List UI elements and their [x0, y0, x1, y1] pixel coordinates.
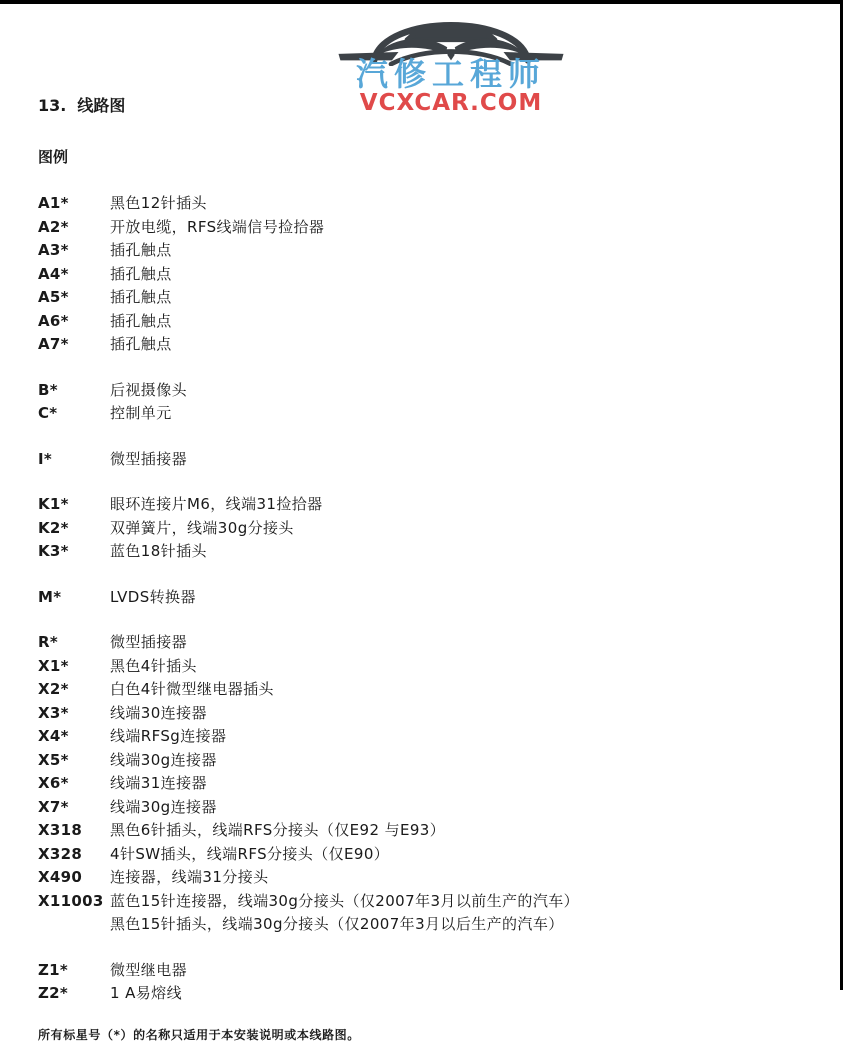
- legend-desc: LVDS转换器: [110, 586, 803, 610]
- legend-desc: 双弹簧片，线端30g分接头: [110, 517, 803, 541]
- legend-desc: 蓝色18针插头: [110, 540, 803, 564]
- legend-desc-line: LVDS转换器: [110, 586, 803, 610]
- legend-row: X318黑色6针插头，线端RFS分接头（仅E92 与E93）: [38, 819, 803, 843]
- legend-term: X490: [38, 866, 110, 890]
- legend-desc-line: 4针SW插头，线端RFS分接头（仅E90）: [110, 843, 803, 867]
- legend-desc-line: 线端31连接器: [110, 772, 803, 796]
- legend-row: K1*眼环连接片M6，线端31捡拾器: [38, 493, 803, 517]
- legend-desc: 眼环连接片M6，线端31捡拾器: [110, 493, 803, 517]
- legend-term: I*: [38, 448, 110, 472]
- legend-term: A6*: [38, 310, 110, 334]
- legend-desc: 插孔触点: [110, 263, 803, 287]
- legend-row: R*微型插接器: [38, 631, 803, 655]
- legend-row: X6*线端31连接器: [38, 772, 803, 796]
- legend-desc-line: 微型继电器: [110, 959, 803, 983]
- legend-row: I*微型插接器: [38, 448, 803, 472]
- legend-desc: 黑色4针插头: [110, 655, 803, 679]
- legend-term: Z1*: [38, 959, 110, 983]
- legend-row: A5*插孔触点: [38, 286, 803, 310]
- legend-desc: 微型插接器: [110, 631, 803, 655]
- legend-group: R*微型插接器X1*黑色4针插头X2*白色4针微型继电器插头X3*线端30连接器…: [38, 631, 803, 937]
- legend-desc-line: 黑色4针插头: [110, 655, 803, 679]
- legend-term: X4*: [38, 725, 110, 749]
- legend-row: A4*插孔触点: [38, 263, 803, 287]
- legend-row: K3*蓝色18针插头: [38, 540, 803, 564]
- legend-desc: 黑色6针插头，线端RFS分接头（仅E92 与E93）: [110, 819, 803, 843]
- legend-row: K2*双弹簧片，线端30g分接头: [38, 517, 803, 541]
- legend-desc-line: 后视摄像头: [110, 379, 803, 403]
- legend-row: X490连接器，线端31分接头: [38, 866, 803, 890]
- legend-desc: 控制单元: [110, 402, 803, 426]
- legend-desc: 蓝色15针连接器，线端30g分接头（仅2007年3月以前生产的汽车）黑色15针插…: [110, 890, 803, 937]
- legend-term: X1*: [38, 655, 110, 679]
- legend-term: Z2*: [38, 982, 110, 1006]
- legend-desc: 连接器，线端31分接头: [110, 866, 803, 890]
- legend-desc-line: 插孔触点: [110, 333, 803, 357]
- legend-row: A1*黑色12针插头: [38, 192, 803, 216]
- legend-row: X1*黑色4针插头: [38, 655, 803, 679]
- legend-term: X7*: [38, 796, 110, 820]
- logo-domain-text: VCXCAR.COM: [332, 91, 570, 115]
- page-top-border: [0, 0, 843, 4]
- legend-term: A1*: [38, 192, 110, 216]
- legend-desc-line: 插孔触点: [110, 286, 803, 310]
- legend-term: X5*: [38, 749, 110, 773]
- legend-desc: 线端31连接器: [110, 772, 803, 796]
- legend-desc-line: 连接器，线端31分接头: [110, 866, 803, 890]
- legend-desc-line: 白色4针微型继电器插头: [110, 678, 803, 702]
- legend-desc: 线端30g连接器: [110, 796, 803, 820]
- legend-term: X2*: [38, 678, 110, 702]
- legend-term: A2*: [38, 216, 110, 240]
- legend-term: X318: [38, 819, 110, 843]
- legend-desc-line: 眼环连接片M6，线端31捡拾器: [110, 493, 803, 517]
- logo: 汽修工程师 VCXCAR.COM: [332, 6, 570, 115]
- legend-desc-line: 蓝色18针插头: [110, 540, 803, 564]
- legend-group: Z1*微型继电器Z2*1 A易熔线: [38, 959, 803, 1006]
- legend-desc-line: 蓝色15针连接器，线端30g分接头（仅2007年3月以前生产的汽车）: [110, 890, 803, 914]
- legend-term: A3*: [38, 239, 110, 263]
- legend-row: Z1*微型继电器: [38, 959, 803, 983]
- legend-desc: 4针SW插头，线端RFS分接头（仅E90）: [110, 843, 803, 867]
- legend-term: R*: [38, 631, 110, 655]
- legend-group: A1*黑色12针插头A2*开放电缆，RFS线端信号捡拾器A3*插孔触点A4*插孔…: [38, 192, 803, 357]
- document-content: 13.线路图 图例 A1*黑色12针插头A2*开放电缆，RFS线端信号捡拾器A3…: [0, 0, 843, 1043]
- legend-desc: 线端RFSg连接器: [110, 725, 803, 749]
- legend-desc: 插孔触点: [110, 286, 803, 310]
- legend-desc-line: 线端30g连接器: [110, 749, 803, 773]
- legend-desc-line: 插孔触点: [110, 310, 803, 334]
- legend-term: X328: [38, 843, 110, 867]
- legend-term: X3*: [38, 702, 110, 726]
- legend-row: X3*线端30连接器: [38, 702, 803, 726]
- legend-row: A7*插孔触点: [38, 333, 803, 357]
- legend-desc-line: 线端RFSg连接器: [110, 725, 803, 749]
- legend-row: X5*线端30g连接器: [38, 749, 803, 773]
- legend-term: B*: [38, 379, 110, 403]
- legend-row: A2*开放电缆，RFS线端信号捡拾器: [38, 216, 803, 240]
- legend-desc: 线端30连接器: [110, 702, 803, 726]
- legend-term: X6*: [38, 772, 110, 796]
- legend-term: A5*: [38, 286, 110, 310]
- legend-desc-line: 1 A易熔线: [110, 982, 803, 1006]
- legend-row: X3284针SW插头，线端RFS分接头（仅E90）: [38, 843, 803, 867]
- legend-desc: 插孔触点: [110, 239, 803, 263]
- legend-desc-line: 黑色15针插头，线端30g分接头（仅2007年3月以后生产的汽车）: [110, 913, 803, 937]
- legend-row: X4*线端RFSg连接器: [38, 725, 803, 749]
- legend-term: C*: [38, 402, 110, 426]
- legend-term: K3*: [38, 540, 110, 564]
- legend-row: Z2*1 A易熔线: [38, 982, 803, 1006]
- legend-desc: 插孔触点: [110, 333, 803, 357]
- legend-group: M*LVDS转换器: [38, 586, 803, 610]
- legend-desc: 白色4针微型继电器插头: [110, 678, 803, 702]
- legend-desc-line: 线端30g连接器: [110, 796, 803, 820]
- legend-desc-line: 微型插接器: [110, 448, 803, 472]
- legend-term: M*: [38, 586, 110, 610]
- legend-row: A3*插孔触点: [38, 239, 803, 263]
- legend-row: X11003蓝色15针连接器，线端30g分接头（仅2007年3月以前生产的汽车）…: [38, 890, 803, 937]
- legend-term: A4*: [38, 263, 110, 287]
- legend-term: A7*: [38, 333, 110, 357]
- legend-desc-line: 插孔触点: [110, 263, 803, 287]
- legend-row: A6*插孔触点: [38, 310, 803, 334]
- legend-desc-line: 开放电缆，RFS线端信号捡拾器: [110, 216, 803, 240]
- legend-desc: 插孔触点: [110, 310, 803, 334]
- legend-desc: 微型继电器: [110, 959, 803, 983]
- legend-row: X2*白色4针微型继电器插头: [38, 678, 803, 702]
- legend-desc-line: 黑色12针插头: [110, 192, 803, 216]
- legend-row: B*后视摄像头: [38, 379, 803, 403]
- legend-desc: 线端30g连接器: [110, 749, 803, 773]
- section-title: 线路图: [77, 96, 125, 115]
- legend-row: C*控制单元: [38, 402, 803, 426]
- legend-desc-line: 黑色6针插头，线端RFS分接头（仅E92 与E93）: [110, 819, 803, 843]
- legend-list: A1*黑色12针插头A2*开放电缆，RFS线端信号捡拾器A3*插孔触点A4*插孔…: [38, 192, 803, 1006]
- legend-title: 图例: [38, 148, 803, 166]
- logo-brand-text: 汽修工程师: [332, 57, 570, 91]
- legend-desc-line: 控制单元: [110, 402, 803, 426]
- legend-row: M*LVDS转换器: [38, 586, 803, 610]
- legend-desc-line: 插孔触点: [110, 239, 803, 263]
- legend-desc: 微型插接器: [110, 448, 803, 472]
- legend-desc-line: 线端30连接器: [110, 702, 803, 726]
- legend-term: K2*: [38, 517, 110, 541]
- legend-desc: 后视摄像头: [110, 379, 803, 403]
- legend-desc-line: 双弹簧片，线端30g分接头: [110, 517, 803, 541]
- legend-desc-line: 微型插接器: [110, 631, 803, 655]
- legend-desc: 1 A易熔线: [110, 982, 803, 1006]
- legend-term: X11003: [38, 890, 110, 914]
- legend-desc: 开放电缆，RFS线端信号捡拾器: [110, 216, 803, 240]
- legend-term: K1*: [38, 493, 110, 517]
- footnote: 所有标星号（*）的名称只适用于本安装说明或本线路图。: [38, 1028, 803, 1043]
- legend-group: I*微型插接器: [38, 448, 803, 472]
- legend-group: K1*眼环连接片M6，线端31捡拾器K2*双弹簧片，线端30g分接头K3*蓝色1…: [38, 493, 803, 564]
- legend-desc: 黑色12针插头: [110, 192, 803, 216]
- legend-group: B*后视摄像头C*控制单元: [38, 379, 803, 426]
- section-number: 13.: [38, 96, 66, 115]
- legend-row: X7*线端30g连接器: [38, 796, 803, 820]
